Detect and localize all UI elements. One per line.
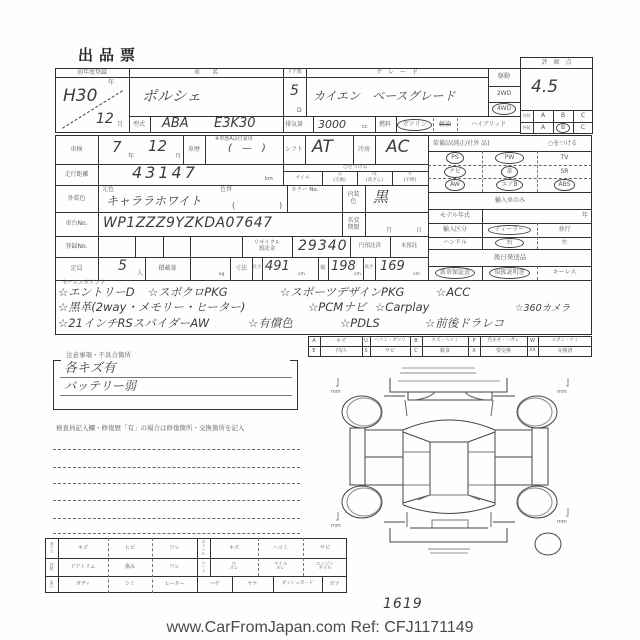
table-cell: ダッシュボード <box>273 576 322 593</box>
load-unit: kg <box>219 273 224 278</box>
divider <box>365 185 366 236</box>
option-label: 交 <box>337 173 342 178</box>
tread-unit: mm <box>331 389 341 395</box>
import-only-label: 輸入車のみ <box>428 192 592 209</box>
history-label: 車歴 <box>183 135 205 164</box>
length-label: 長さ <box>252 257 262 280</box>
table-row-label: ホイール <box>197 538 210 558</box>
inspection-year: 7 <box>112 140 122 155</box>
equipment-item-label: TV <box>556 152 574 164</box>
legend-desc: 凹凸 <box>320 346 362 357</box>
equipment-item-label: エアB <box>496 179 522 191</box>
width-value: 198 <box>331 260 356 273</box>
grade-letter: C <box>576 122 590 134</box>
option-label: キーレス <box>548 267 582 279</box>
car-name-value: ポルシェ <box>142 89 201 104</box>
table-row-label: 臭い <box>45 576 58 593</box>
interior-label: 内装 <box>520 110 533 122</box>
option-sub: (改ざん) <box>366 179 383 184</box>
drive-option-4wd[interactable]: 4WD <box>486 102 522 116</box>
legend-code: C <box>410 346 422 357</box>
equipment-pw[interactable]: PW <box>482 151 537 165</box>
sales-point: ☆スポーツデザインPKG <box>280 287 404 299</box>
model-year-label: モデル年式 <box>428 209 482 223</box>
equipment-abs[interactable]: ABS <box>537 178 592 192</box>
doors-label: ドア数 <box>283 68 306 77</box>
capacity-label: 定員 <box>55 257 98 280</box>
shift-label: シフト <box>283 135 305 164</box>
tread-unit: mm <box>557 519 567 525</box>
grade-letter: A <box>536 110 550 122</box>
fuel-diesel-label: 軽油 <box>434 119 456 131</box>
sales-point: ☆スポクロPKG <box>148 287 228 299</box>
sales-point: ☆有償色 <box>248 318 293 330</box>
chassis-label: 車台No. <box>55 212 98 236</box>
dimensions-label: 寸法 <box>230 257 252 280</box>
divider <box>375 116 376 133</box>
sales-point: ☆360カメラ <box>515 304 570 314</box>
option-label: 改 <box>372 173 377 178</box>
table-row-label: シート <box>197 558 210 576</box>
option-label: 右 <box>495 238 523 248</box>
fuel-label: 燃料 <box>379 122 391 128</box>
import-type-label: 輸入区分 <box>428 223 482 237</box>
inspector-line <box>53 500 300 501</box>
notes-bracket-right <box>290 360 298 410</box>
equipment-aw[interactable]: AW <box>428 178 482 192</box>
legend-code: W <box>527 336 538 346</box>
table-cell: ドアトリム <box>58 558 108 576</box>
equipment-item-label: SR <box>556 166 574 178</box>
width-label: 幅 <box>318 257 328 280</box>
displacement-value: 3000 <box>318 119 346 130</box>
sales-point: ☆前後ドラレコ <box>425 318 504 330</box>
inspector-line <box>53 483 300 484</box>
drive-4wd-label: 4WD <box>492 103 516 115</box>
table-cell: ボディ <box>58 576 108 593</box>
option-sub: (交換) <box>333 179 346 184</box>
sheet-title: 出品票 <box>78 48 141 63</box>
name-change-label: 名変期限 <box>342 212 365 236</box>
option-label: マイル <box>295 176 310 181</box>
equipment-leather[interactable]: 革 <box>482 165 537 178</box>
note-text: 各キズ有 <box>64 362 116 375</box>
option-label: 不 <box>408 173 413 178</box>
equipment-item-label: PW <box>495 152 525 164</box>
table-cell: ガソ <box>322 576 347 593</box>
import-type-dealer[interactable]: ディーラー <box>482 223 537 237</box>
load-label: 積載量 <box>145 257 190 280</box>
mileage-circle-note: ○をつける <box>283 164 428 171</box>
divider <box>135 236 136 257</box>
steering-right[interactable]: 右 <box>482 237 537 249</box>
divider <box>520 68 593 69</box>
inspector-line <box>53 449 300 450</box>
later-delivery-label: 後日発送品 <box>428 249 592 266</box>
table-cell: ヘコミ <box>258 538 303 558</box>
equipment-note: ○をつける <box>548 141 577 147</box>
car-diagram: mm mm mm mm <box>330 360 620 560</box>
model-year-unit: 年 <box>582 213 588 219</box>
inspector-line <box>53 518 300 519</box>
steering-label: ハンドル <box>428 237 482 249</box>
sales-point: ☆PCMナビ <box>308 302 366 314</box>
page-number: 1619 <box>383 597 423 611</box>
auction-sheet: 出品票 初年度登録 車 名 ドア数 グ レ ー ド 駆動 2WD 4WD H30… <box>0 0 640 640</box>
interior-color-label: 内装色 <box>342 185 365 212</box>
tread-unit: mm <box>331 523 341 529</box>
divider <box>328 257 329 280</box>
grade-letter: A <box>536 122 550 134</box>
equipment-tv[interactable]: TV <box>537 151 592 165</box>
sales-point: ☆21インチRSスパイダーAW <box>58 318 209 330</box>
legend-code: A <box>308 336 320 346</box>
inspection-month-unit: 月 <box>175 154 181 160</box>
interior-grade-b[interactable]: B <box>553 110 573 122</box>
inspection-month: 12 <box>148 139 167 154</box>
changed-color-close: ) <box>279 202 282 210</box>
sales-point: ☆黒革(2way・メモリー・ヒーター) <box>58 302 245 314</box>
chassis-value: WP1ZZZ9YZKDA07647 <box>103 216 273 230</box>
watermark: www.CarFromJapan.com Ref: CFJ1171149 <box>0 620 640 636</box>
divider <box>55 280 592 281</box>
name-change-month: 月 <box>386 228 392 234</box>
height-unit: cm <box>413 273 420 278</box>
width-unit: cm <box>354 273 361 278</box>
divider <box>129 68 130 133</box>
exterior-color-label: 外装色 <box>55 185 98 212</box>
legend-desc: サビ <box>370 346 410 357</box>
equipment-navi[interactable]: ナビ <box>428 165 482 178</box>
legend-code: P <box>468 336 480 346</box>
legend-desc: 交換済 <box>538 346 592 357</box>
height-label: 高さ <box>363 257 375 280</box>
name-change-day: 日 <box>416 228 422 234</box>
table-cell: 傷み <box>108 558 152 576</box>
equipment-item-label: PS <box>446 152 463 164</box>
table-cell: キズ <box>210 538 258 558</box>
divider <box>313 116 314 133</box>
first-reg-year: H30 <box>63 88 97 105</box>
table-cell: マイル スレ <box>258 558 303 576</box>
fuel-hybrid-label: ハイブリッド <box>466 119 511 131</box>
registration-label: 登録No. <box>55 236 98 257</box>
changed-color-open: ( <box>232 202 235 210</box>
model-code: E3K30 <box>214 117 256 130</box>
legend-code: X <box>468 346 480 357</box>
sales-point: ☆エントリーD <box>58 287 135 299</box>
divider <box>53 409 298 410</box>
table-cell: エンジン オイル <box>303 558 347 576</box>
mileage-option-replaced[interactable]: 交(交換) <box>322 171 357 185</box>
table-cell: ヤケ <box>232 576 273 593</box>
equipment-airbag[interactable]: エアB <box>482 178 537 192</box>
displacement-label: 排気量 <box>285 122 303 128</box>
legend-code: XX <box>527 346 538 357</box>
legend-desc: 色あせ・ハガレ <box>480 336 527 346</box>
interior-color-value: 黒 <box>373 190 388 205</box>
score-label: 評 価 点 <box>520 57 593 68</box>
tread-unit: mm <box>557 389 567 395</box>
drive-label: 駆動 <box>488 68 520 86</box>
later-delivery-warranty[interactable]: 新車保証書 <box>428 266 482 280</box>
table-row-label: 内装 <box>45 558 58 576</box>
inspection-label: 車検 <box>55 135 98 164</box>
label-line: 色 <box>350 199 356 205</box>
divider <box>163 236 164 257</box>
doors-unit: D <box>297 108 302 114</box>
recycle-label: リサイクル預託金 <box>242 236 292 257</box>
fuel-option-gasoline[interactable]: ガソリン <box>396 116 433 133</box>
later-delivery-keyless[interactable]: キーレス <box>537 266 592 280</box>
note-line <box>60 377 292 378</box>
first-reg-label: 初年度登録 <box>55 68 129 77</box>
mileage-label: 走行距離 <box>55 164 98 185</box>
inspector-line <box>53 533 300 534</box>
displacement-unit: cc <box>362 125 368 130</box>
legend-desc: 腐食 <box>422 346 468 357</box>
divider <box>287 185 288 212</box>
inspector-line <box>53 467 300 468</box>
sales-point: ☆ACC <box>436 287 470 299</box>
fuel-option-hybrid[interactable]: ハイブリッド <box>457 116 520 133</box>
recycle-value: 29340 <box>298 239 348 253</box>
sales-point: ☆PDLS <box>340 318 380 330</box>
divider <box>262 257 263 280</box>
divider <box>190 236 191 257</box>
exterior-grade-a[interactable]: A <box>533 122 553 133</box>
table-cell: シミ <box>108 576 152 593</box>
color-no-label: カラー No. <box>291 188 318 194</box>
note-text: バッテリー弱 <box>64 380 136 392</box>
changed-color-label: 色替 <box>220 187 232 193</box>
drive-2wd-label: 2WD <box>492 88 516 100</box>
divider <box>205 135 206 164</box>
grade-letter: B <box>556 123 570 133</box>
note-line <box>60 395 292 396</box>
shift-value: AT <box>312 139 333 156</box>
equipment-item-label: ABS <box>554 179 576 191</box>
equipment-label: 装備品(純正/社外 品) <box>433 141 490 147</box>
equipment-item-label: 革 <box>501 166 517 178</box>
history-note: ※車歴Aは自家用 <box>215 137 253 142</box>
divider <box>55 212 428 213</box>
table-row-label: ガラス <box>45 538 58 558</box>
option-label: 並行 <box>553 224 575 236</box>
interior-grade-c[interactable]: C <box>573 110 593 122</box>
divider <box>375 135 376 164</box>
history-value: ( — ) <box>228 144 266 154</box>
recycle-not-deposited: 未預託 <box>390 236 428 257</box>
legend-code: E <box>308 346 320 357</box>
equipment-ps[interactable]: PS <box>428 151 482 165</box>
mileage-option-mile[interactable]: マイル <box>283 171 322 185</box>
interior-grade-a[interactable]: A <box>533 110 553 122</box>
option-label: 新車保証書 <box>435 267 475 279</box>
original-color-label: 元色 <box>102 187 114 193</box>
aircon-label: 冷房 <box>353 135 375 164</box>
first-reg-month: 12 <box>96 112 114 126</box>
sales-point: ☆Carplay <box>375 302 429 314</box>
table-cell: ワレ <box>152 558 197 576</box>
legend-code: U <box>362 336 370 346</box>
legend-desc: ユガミ・ナミ <box>538 336 592 346</box>
recycle-deposited: 円預託済 <box>350 236 390 257</box>
exterior-grade-b[interactable]: B <box>553 122 573 133</box>
table-cell: 小 スレ <box>210 558 258 576</box>
exterior-label: 外装 <box>520 122 533 133</box>
steering-left[interactable]: 左 <box>537 237 592 249</box>
equipment-item-label: AW <box>445 179 465 191</box>
grade-letter: B <box>556 110 570 122</box>
option-label: 左 <box>556 237 572 249</box>
mileage-value: 43147 <box>132 165 198 181</box>
later-delivery-manual[interactable]: 取扱説明書 <box>482 266 537 280</box>
table-cell: キズ <box>58 538 108 558</box>
notes-label: 注意事項・不具合箇所 <box>66 352 131 359</box>
height-value: 169 <box>380 260 405 273</box>
aircon-value: AC <box>386 139 410 156</box>
grade-label: グ レ ー ド <box>306 68 488 77</box>
divider <box>305 135 306 164</box>
model-label: 型式 <box>133 122 145 128</box>
fuel-option-diesel[interactable]: 軽油 <box>433 116 457 133</box>
legend-desc: キズ <box>320 336 362 346</box>
divider <box>98 135 99 280</box>
option-sub: (不明) <box>404 179 417 184</box>
grade-letter: C <box>576 110 590 122</box>
legend-desc: ヘコミ・ダツリ <box>370 336 410 346</box>
length-unit: cm <box>298 273 305 278</box>
label-line: 預託金 <box>259 247 276 253</box>
table-cell: ハゲ <box>197 576 232 593</box>
divider <box>190 257 191 280</box>
label-line: 期限 <box>347 225 359 231</box>
legend-desc: キズ・ヘコミ <box>422 336 468 346</box>
year-unit: 年 <box>108 80 114 86</box>
table-cell: ワレ <box>152 538 197 558</box>
table-cell: ヒビ <box>108 538 152 558</box>
inspection-year-unit: 年 <box>128 154 134 160</box>
model-prefix: ABA <box>162 117 189 130</box>
import-type-parallel[interactable]: 並行 <box>537 223 592 237</box>
car-name-label: 車 名 <box>129 68 283 77</box>
legend-code: S <box>362 346 370 357</box>
table-cell: ヒーター <box>152 576 197 593</box>
drive-option-2wd[interactable]: 2WD <box>488 86 520 102</box>
inspector-label: 検査員記入欄・修復歴「有」の場合は修復箇所・交換箇所を記入 <box>56 425 245 432</box>
score-value: 4.5 <box>531 79 558 96</box>
mileage-option-tampered[interactable]: 改(改ざん) <box>357 171 392 185</box>
divider <box>150 116 151 133</box>
doors-value: 5 <box>290 84 299 98</box>
length-value: 491 <box>265 260 290 273</box>
notes-bracket-left <box>53 360 61 410</box>
exterior-grade-c[interactable]: C <box>573 122 593 133</box>
legend-desc: 要交換 <box>480 346 527 357</box>
mileage-unit: km <box>265 177 273 182</box>
original-color-value: キャララホワイト <box>106 195 202 207</box>
equipment-item-label: ナビ <box>444 166 466 178</box>
divider <box>375 257 376 280</box>
mileage-option-unknown[interactable]: 不(不明) <box>392 171 428 185</box>
capacity-unit: 人 <box>137 271 143 277</box>
divider <box>55 77 488 78</box>
capacity-value: 5 <box>118 259 127 273</box>
option-label: ディーラー <box>488 225 532 235</box>
table-cell: サビ <box>303 538 347 558</box>
grade-value: カイエン ベースグレード <box>313 90 456 102</box>
equipment-sr[interactable]: SR <box>537 165 592 178</box>
divider <box>292 236 293 257</box>
fuel-gasoline-label: ガソリン <box>397 119 431 131</box>
month-unit: 月 <box>117 122 123 128</box>
divider <box>283 68 284 133</box>
option-label: 取扱説明書 <box>489 267 529 279</box>
legend-code: B <box>410 336 422 346</box>
label-line: 名変 <box>347 218 359 224</box>
